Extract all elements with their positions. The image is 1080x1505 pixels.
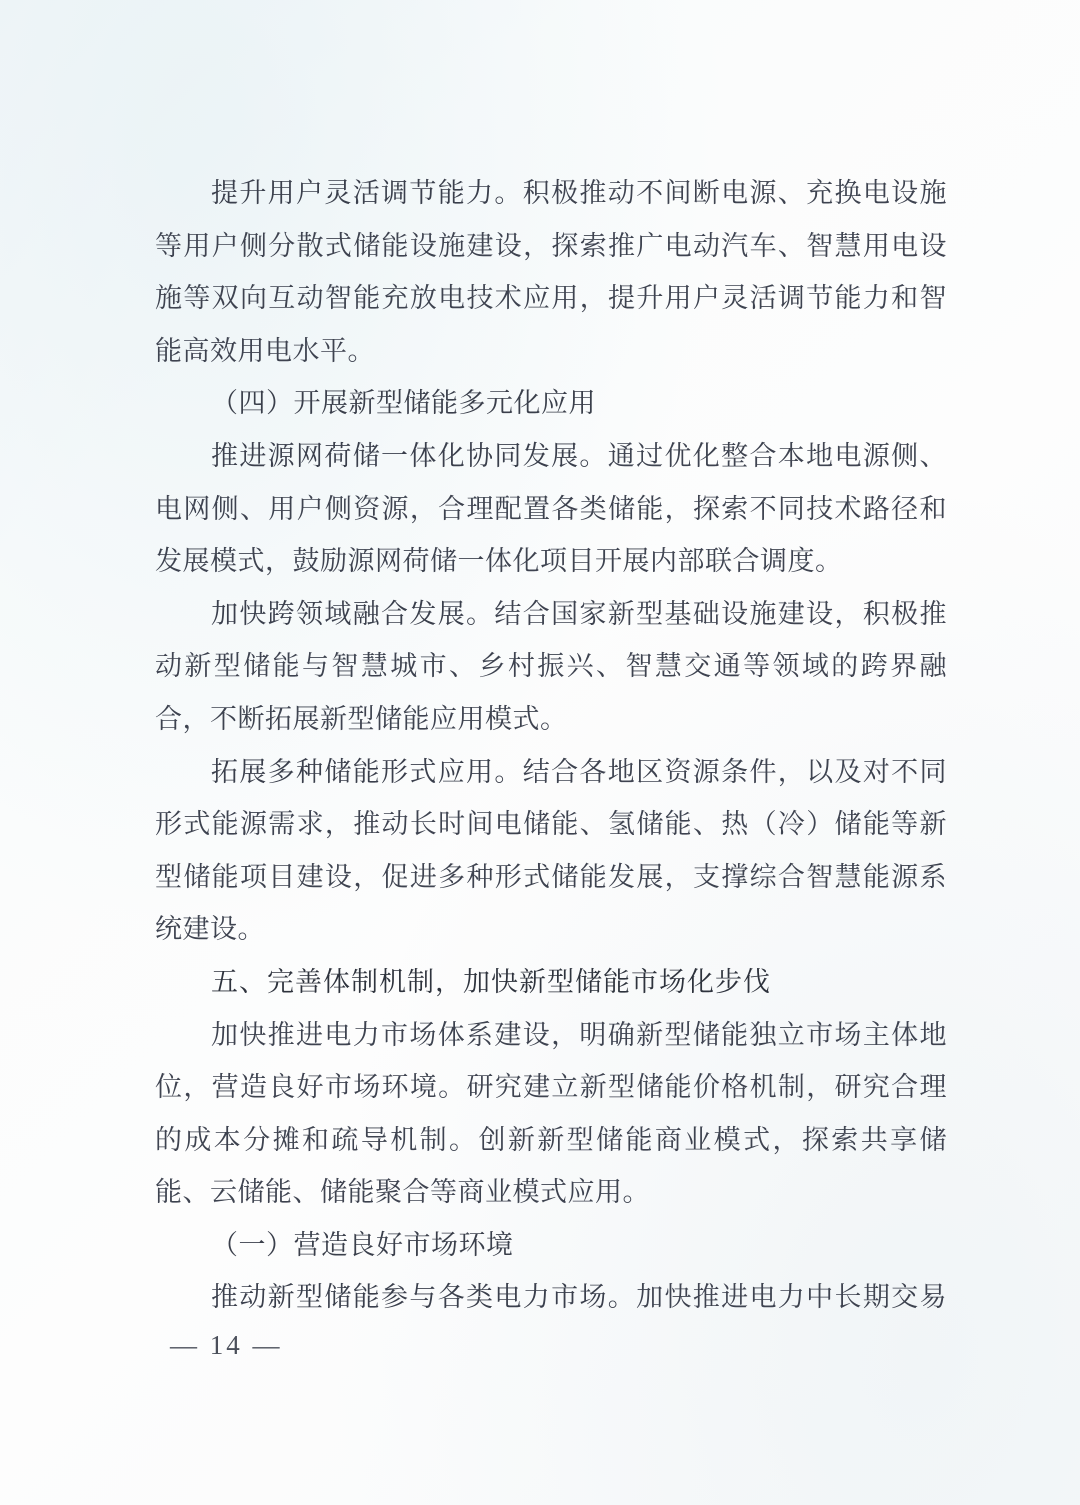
text-segment: 的成本分摊和疏导机制。创新新型储能商业模式，探索共享储 (155, 1125, 947, 1155)
text-segment: 型储能项目建设，促进多种形式储能发展，支撑综合智慧能源系 (155, 862, 947, 892)
text-line: 的成本分摊和疏导机制。创新新型储能商业模式，探索共享储 (155, 1114, 947, 1167)
text-segment: （四）开展新型储能多元化应用 (211, 388, 596, 418)
text-line: 动新型储能与智慧城市、乡村振兴、智慧交通等领域的跨界融 (155, 640, 947, 693)
text-line: 统建设。 (155, 903, 947, 956)
text-line: 提升用户灵活调节能力。积极推动不间断电源、充换电设施 (155, 167, 947, 220)
lead-phrase: 加快跨领域融合发展。 (211, 599, 494, 629)
text-line: 发展模式，鼓励源网荷储一体化项目开展内部联合调度。 (155, 535, 947, 588)
text-line: 推动新型储能参与各类电力市场。加快推进电力中长期交易 (155, 1271, 947, 1324)
text-line: 电网侧、用户侧资源，合理配置各类储能，探索不同技术路径和 (155, 483, 947, 536)
text-line: 能、云储能、储能聚合等商业模式应用。 (155, 1166, 947, 1219)
text-line: 型储能项目建设，促进多种形式储能发展，支撑综合智慧能源系 (155, 851, 947, 904)
text-line: 等用户侧分散式储能设施建设，探索推广电动汽车、智慧用电设 (155, 220, 947, 273)
text-segment: 能高效用电水平。 (155, 336, 375, 366)
text-segment: 动新型储能与智慧城市、乡村振兴、智慧交通等领域的跨界融 (155, 651, 947, 681)
text-segment: 位，营造良好市场环境。研究建立新型储能价格机制，研究合理 (155, 1072, 947, 1102)
text-line: 推进源网荷储一体化协同发展。通过优化整合本地电源侧、 (155, 430, 947, 483)
lead-phrase: 推进源网荷储一体化协同发展。 (211, 441, 608, 471)
text-segment: 形式能源需求，推动长时间电储能、氢储能、热（冷）储能等新 (155, 809, 947, 839)
text-line: 位，营造良好市场环境。研究建立新型储能价格机制，研究合理 (155, 1061, 947, 1114)
text-line: 施等双向互动智能充放电技术应用，提升用户灵活调节能力和智 (155, 272, 947, 325)
text-segment: 施等双向互动智能充放电技术应用，提升用户灵活调节能力和智 (155, 283, 947, 313)
text-line: 拓展多种储能形式应用。结合各地区资源条件，以及对不同 (155, 746, 947, 799)
text-segment: 电网侧、用户侧资源，合理配置各类储能，探索不同技术路径和 (155, 494, 947, 524)
text-segment: 加快推进电力市场体系建设，明确新型储能独立市场主体地 (211, 1020, 947, 1050)
lead-phrase: 推动新型储能参与各类电力市场。 (211, 1282, 636, 1312)
lead-phrase: 提升用户灵活调节能力。 (211, 178, 523, 208)
text-segment: 加快推进电力中长期交易 (636, 1282, 947, 1312)
text-segment: （一）营造良好市场环境 (211, 1230, 514, 1260)
text-segment: 结合国家新型基础设施建设，积极推 (494, 599, 947, 629)
section-heading: 五、完善体制机制，加快新型储能市场化步伐 (155, 956, 947, 1009)
text-segment: 能、云储能、储能聚合等商业模式应用。 (155, 1177, 650, 1207)
lead-phrase: 拓展多种储能形式应用。 (211, 757, 523, 787)
text-line: 能高效用电水平。 (155, 325, 947, 378)
text-segment: 合，不断拓展新型储能应用模式。 (155, 704, 568, 734)
document-body: 提升用户灵活调节能力。积极推动不间断电源、充换电设施等用户侧分散式储能设施建设，… (155, 167, 947, 1324)
subsection-heading: （四）开展新型储能多元化应用 (155, 377, 947, 430)
page-number-footer: — 14 — (170, 1330, 283, 1361)
text-segment: 发展模式，鼓励源网荷储一体化项目开展内部联合调度。 (155, 546, 843, 576)
text-segment: 结合各地区资源条件，以及对不同 (523, 757, 947, 787)
text-segment: 等用户侧分散式储能设施建设，探索推广电动汽车、智慧用电设 (155, 231, 947, 261)
document-page: 提升用户灵活调节能力。积极推动不间断电源、充换电设施等用户侧分散式储能设施建设，… (0, 0, 1080, 1505)
text-line: 合，不断拓展新型储能应用模式。 (155, 693, 947, 746)
text-segment: 积极推动不间断电源、充换电设施 (523, 178, 947, 208)
text-segment: 通过优化整合本地电源侧、 (608, 441, 947, 471)
subsection-heading: （一）营造良好市场环境 (155, 1219, 947, 1272)
text-line: 形式能源需求，推动长时间电储能、氢储能、热（冷）储能等新 (155, 798, 947, 851)
text-line: 加快跨领域融合发展。结合国家新型基础设施建设，积极推 (155, 588, 947, 641)
text-segment: 统建设。 (155, 914, 265, 944)
text-line: 加快推进电力市场体系建设，明确新型储能独立市场主体地 (155, 1009, 947, 1062)
text-segment: 五、完善体制机制，加快新型储能市场化步伐 (211, 967, 771, 997)
